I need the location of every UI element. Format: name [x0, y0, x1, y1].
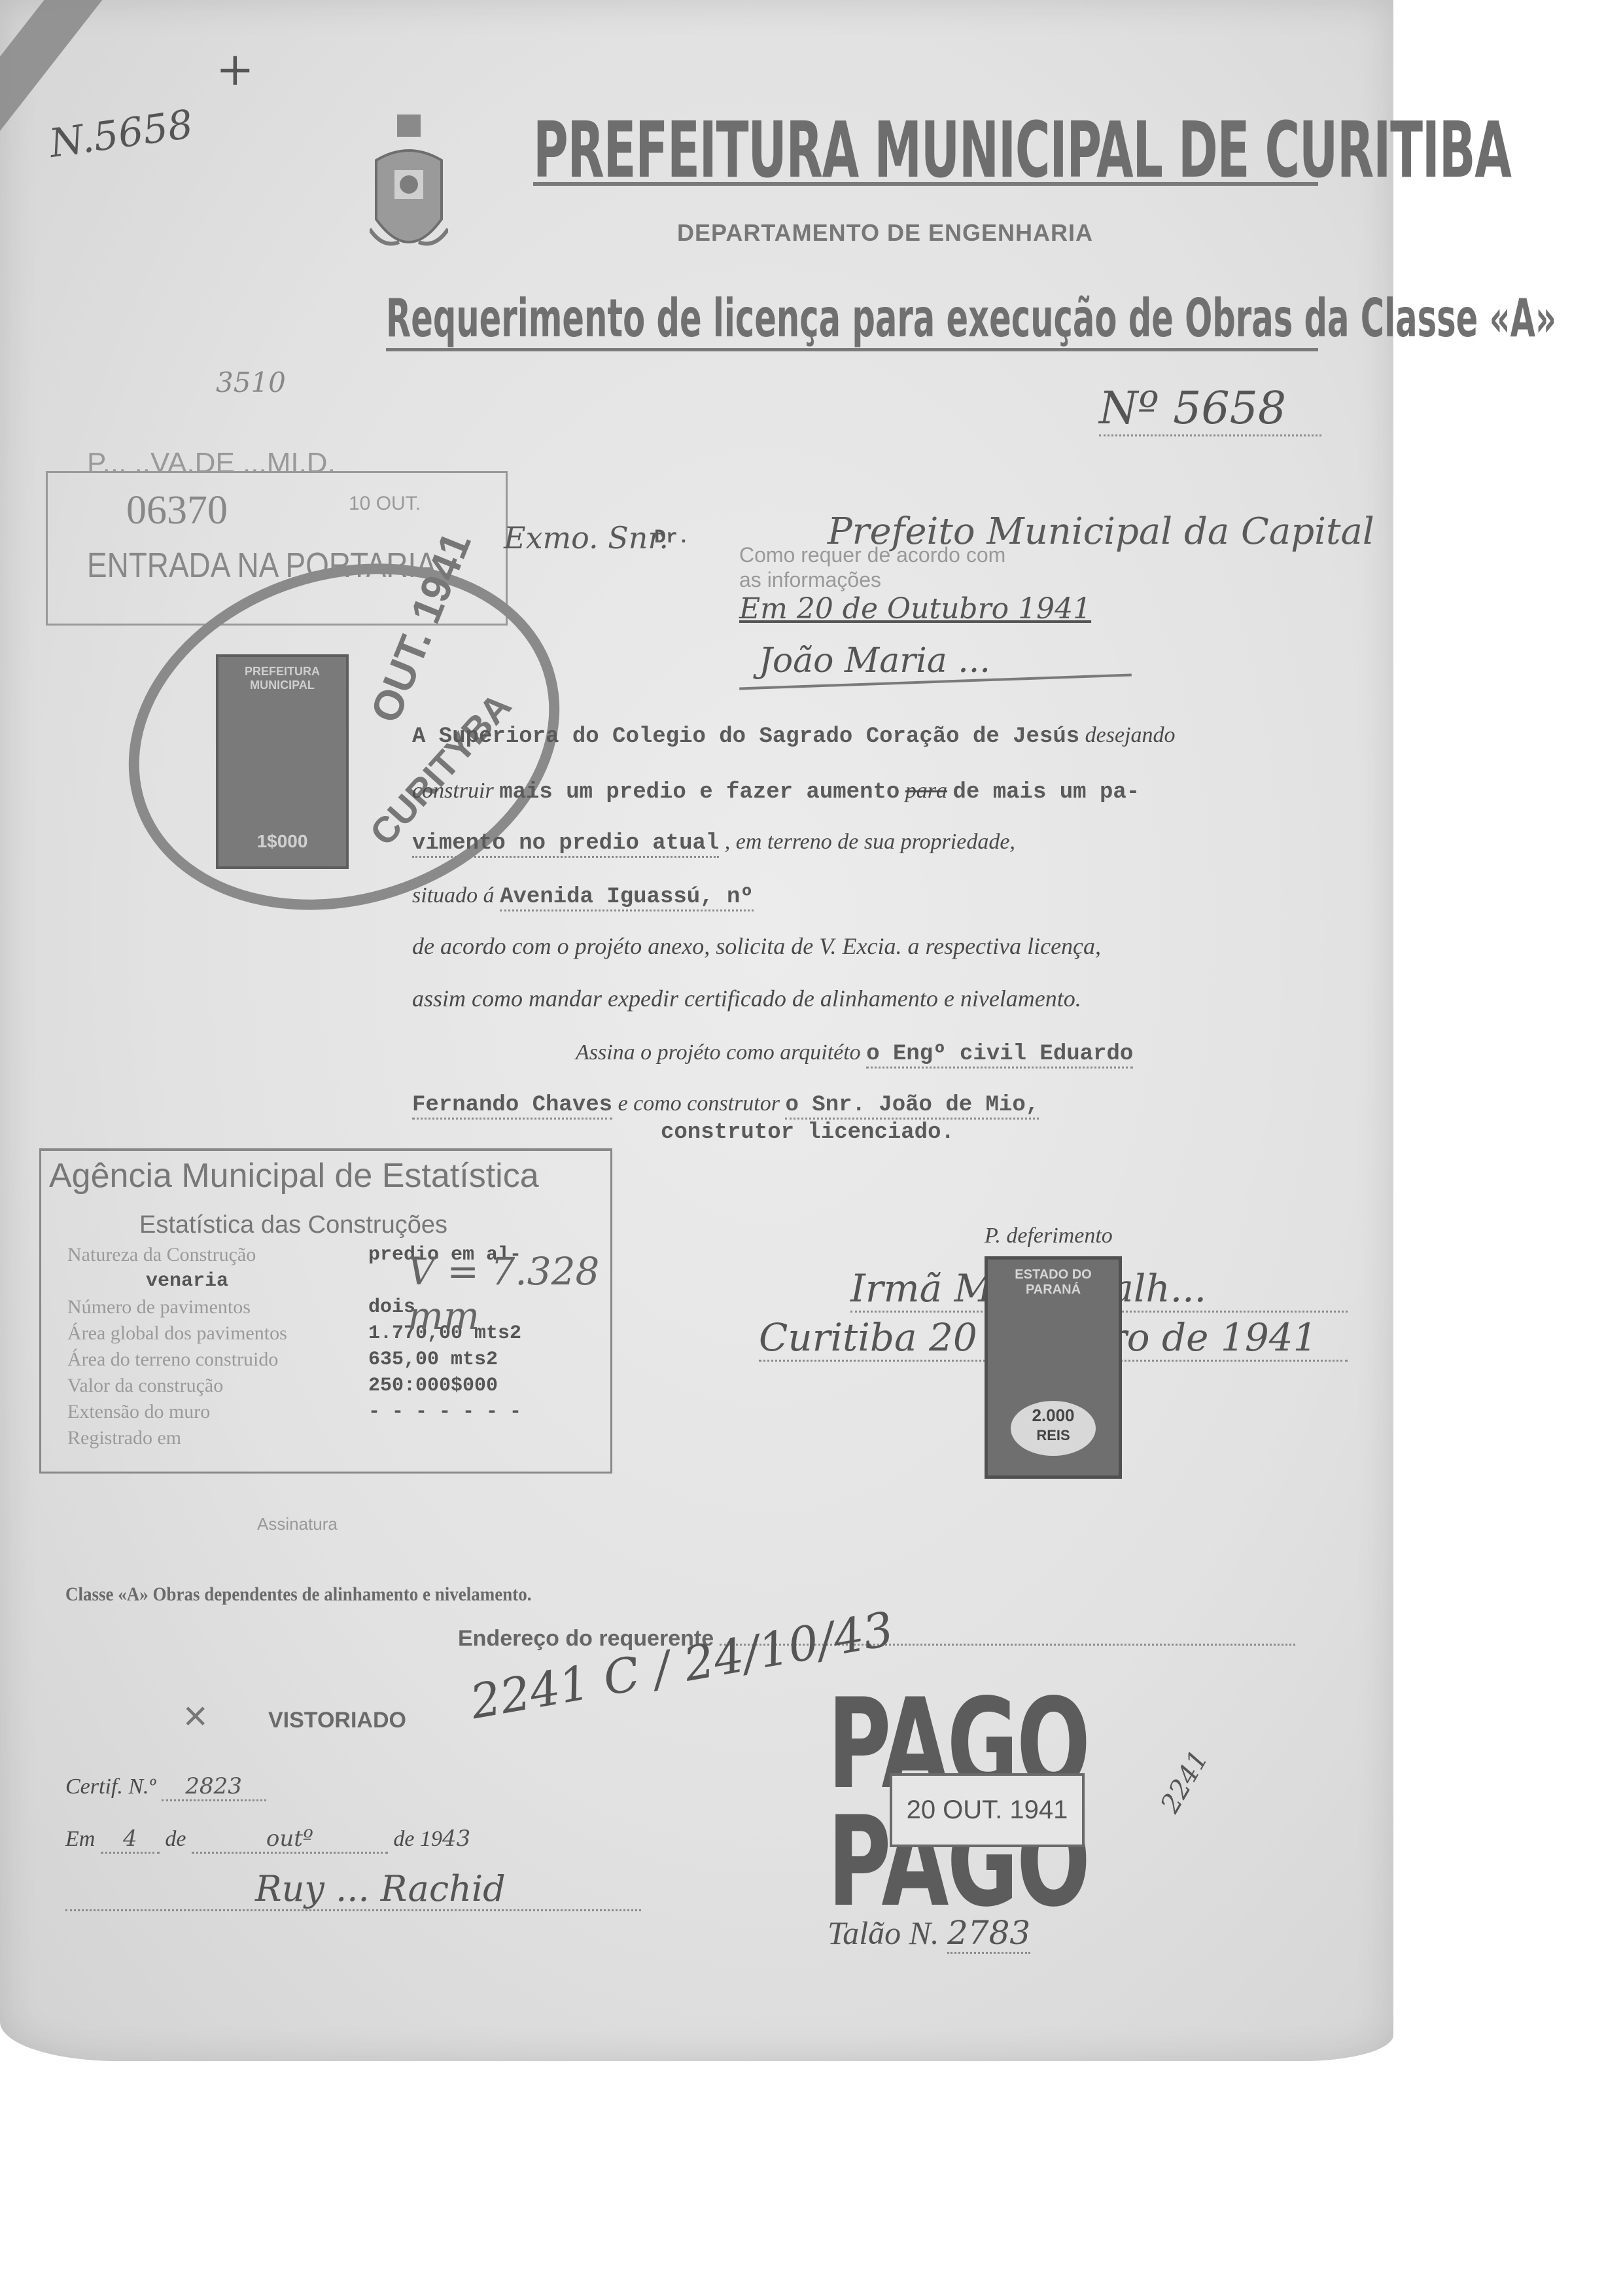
body-line-7: Assina o projéto como arquitéto o Engº c… — [576, 1040, 1133, 1067]
inspection-date-line: Em 4 de outº de 1943 — [65, 1826, 470, 1854]
salutation: Exmo. Snr. — [504, 520, 669, 556]
deferimento-label: P. deferimento — [985, 1224, 1113, 1248]
entry-stamp-line1: P... ..VA.DE ...MI.D. — [87, 447, 336, 480]
body-line-1: A Superiora do Colegio do Sagrado Coraçã… — [412, 723, 1328, 749]
certificate-line: Certif. N.º 2823 — [65, 1773, 266, 1801]
dispatch-line1: Como requer de acordo com — [739, 543, 1005, 567]
title-prefix: Dr. — [654, 527, 689, 549]
paid-stamp: PAGO PAGO 20 OUT. 1941 — [828, 1691, 1109, 1934]
entry-stamp-number: 06370 — [126, 487, 228, 534]
architect-name: o Engº civil Eduardo — [866, 1042, 1133, 1069]
statistics-agency: Agência Municipal de Estatística — [49, 1156, 610, 1195]
dispatch-line2: as informações — [739, 568, 881, 592]
city-coat-of-arms-icon — [370, 115, 448, 265]
dispatch-signature: João Maria ... — [759, 641, 990, 680]
municipal-fiscal-stamp: PREFEITURA MUNICIPAL 1$000 — [216, 654, 349, 869]
stat-row: Área do terreno construido635,00 mts2 — [67, 1347, 610, 1373]
certificate-number: 2823 — [162, 1773, 266, 1801]
side-note: 2241 — [1155, 1745, 1215, 1818]
statistics-signature-label: Assinatura — [257, 1514, 338, 1534]
form-subtitle: Requerimento de licença para execução de… — [386, 288, 1556, 349]
builder-name: o Snr. João de Mio, — [785, 1093, 1039, 1120]
street-address: Avenida Iguassú, nº — [500, 885, 754, 911]
corner-number: N.5658 — [46, 101, 196, 167]
classe-note: Classe «A» Obras dependentes de alinhame… — [65, 1583, 532, 1606]
inspector-signature: Ruy ... Rachid — [65, 1868, 641, 1911]
body-line-2: construir mais um predio e fazer aumento… — [412, 779, 1328, 805]
entry-stamp-date: 10 OUT. — [349, 493, 421, 515]
state-stamp-coin: 2.000 REIS — [1011, 1401, 1096, 1456]
inspection-month: outº — [192, 1826, 388, 1854]
stat-row: Extensão do muro- - - - - - - — [67, 1399, 610, 1425]
form-number: Nº 5658 — [1099, 383, 1321, 436]
stat-row: Registrado em — [67, 1425, 610, 1451]
body-line-4: situado á Avenida Iguassú, nº — [412, 883, 1328, 910]
vistoriado-label: VISTORIADO — [268, 1708, 406, 1733]
receipt-number: 2783 — [947, 1914, 1030, 1954]
stat-row: Valor da construção250:000$000 — [67, 1373, 610, 1399]
state-stamp-label: ESTADO DO PARANÁ — [988, 1267, 1119, 1298]
body-line-8: Fernando Chaves e como construtor o Snr.… — [412, 1091, 1039, 1118]
body-line-9: construtor licenciado. — [661, 1120, 954, 1145]
body-line-6: assim como mandar expedir certificado de… — [412, 985, 1081, 1012]
department-name: DEPARTAMENTO DE ENGENHARIA — [677, 219, 1093, 247]
corner-mark: + — [216, 43, 254, 96]
requester-address-line: Endereço do requerente — [458, 1626, 1341, 1651]
architect-surname: Fernando Chaves — [412, 1093, 612, 1120]
body-line-5: de acordo com o projéto anexo, solicita … — [412, 932, 1101, 960]
fiscal-stamp-value: 1$000 — [218, 831, 346, 852]
state-revenue-stamp: ESTADO DO PARANÁ 2.000 REIS — [985, 1256, 1122, 1479]
check-mark: × — [183, 1691, 207, 1740]
statistics-stamp: Agência Municipal de Estatística Estatís… — [39, 1148, 612, 1474]
diagonal-stripe — [0, 0, 320, 185]
dispatch-date: Em 20 de Outubro 1941 — [739, 592, 1091, 626]
body-line-3: vimento no predio atual , em terreno de … — [412, 830, 1328, 856]
statistics-handwritten-note: V = 7.328 mm — [408, 1249, 610, 1338]
fiscal-stamp-label: PREFEITURA MUNICIPAL — [218, 665, 346, 692]
title-underline — [533, 182, 1318, 186]
inspection-day: 4 — [101, 1826, 160, 1854]
document-page: N.5658 + PREFEITURA MUNICIPAL DE CURITIB… — [0, 0, 1393, 2061]
paid-stamp-date: 20 OUT. 1941 — [890, 1773, 1085, 1847]
subtitle-underline — [386, 348, 1318, 351]
statistics-title: Estatística das Construções — [139, 1211, 610, 1239]
receipt-line: Talão N. 2783 — [828, 1914, 1030, 1952]
inspection-year: 43 — [442, 1826, 470, 1852]
faint-number: 3510 — [216, 366, 286, 398]
